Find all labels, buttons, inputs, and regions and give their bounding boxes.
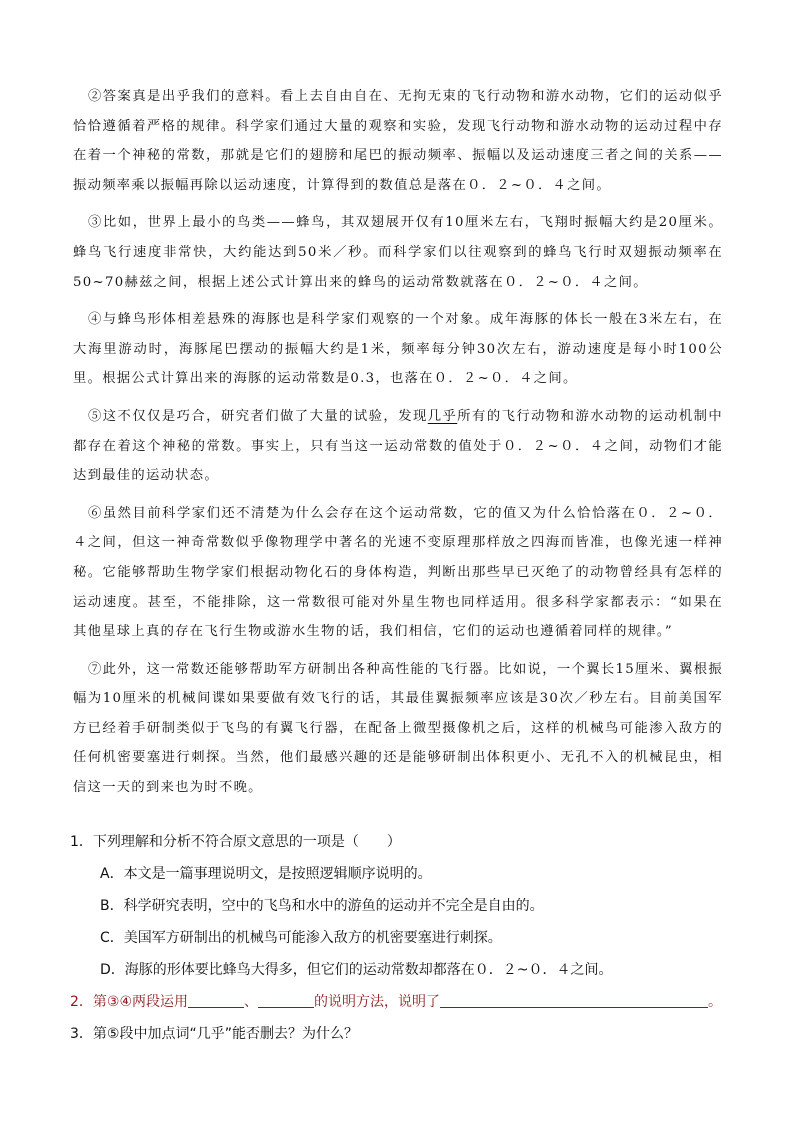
question-1-option-a: A．本文是一篇事理说明文，是按照逻辑顺序说明的。 bbox=[70, 858, 730, 890]
paragraph-6: ⑥虽然目前科学家们还不清楚为什么会存在这个运动常数，它的值又为什么恰恰落在０．２… bbox=[73, 499, 723, 647]
paragraph-text: 答案真是出乎我们的意料。看上去自由自在、无拘无束的飞行动物和游水动物，它们的运动… bbox=[73, 89, 723, 193]
paragraph-number: ③ bbox=[88, 215, 103, 230]
paragraph-5: ⑤这不仅仅是巧合，研究者们做了大量的试验，发现几乎所有的飞行动物和游水动物的运动… bbox=[73, 402, 723, 491]
question-1-stem: 1．下列理解和分析不符合原文意思的一项是（ ） bbox=[70, 826, 730, 858]
questions-section: 1．下列理解和分析不符合原文意思的一项是（ ） A．本文是一篇事理说明文，是按照… bbox=[70, 826, 730, 1050]
paragraph-text: 与蜂鸟形体相差悬殊的海豚也是科学家们观察的一个对象。成年海豚的体长一般在3米左右… bbox=[73, 312, 723, 386]
paragraph-number: ④ bbox=[88, 312, 103, 327]
paragraph-text: 比如，世界上最小的鸟类——蜂鸟，其双翅展开仅有10厘米左右，飞翔时振幅大约是20… bbox=[73, 215, 723, 289]
paragraph-7: ⑦此外，这一常数还能够帮助军方研制出各种高性能的飞行器。比如说，一个翼长15厘米… bbox=[73, 655, 723, 803]
question-2: 2．第③④两段运用、的说明方法，说明了。 bbox=[70, 986, 730, 1018]
answer-blank-2[interactable] bbox=[258, 991, 314, 1008]
paragraph-number: ⑤ bbox=[88, 409, 103, 424]
underlined-word: 几乎 bbox=[428, 409, 458, 424]
paragraph-number: ⑦ bbox=[88, 662, 103, 677]
paragraph-3: ③比如，世界上最小的鸟类——蜂鸟，其双翅展开仅有10厘米左右，飞翔时振幅大约是2… bbox=[73, 208, 723, 297]
question-1-option-d: D．海豚的形体要比蜂鸟大得多，但它们的运动常数却都落在０．２~０．４之间。 bbox=[70, 954, 730, 986]
separator: 、 bbox=[244, 994, 258, 1010]
paragraph-number: ② bbox=[88, 89, 103, 104]
question-1-option-b: B．科学研究表明，空中的飞鸟和水中的游鱼的运动并不完全是自由的。 bbox=[70, 890, 730, 922]
question-2-text: 2．第③④两段运用 bbox=[70, 994, 188, 1010]
paragraph-text: 虽然目前科学家们还不清楚为什么会存在这个运动常数，它的值又为什么恰恰落在０．２~… bbox=[73, 506, 723, 639]
question-2-text: 的说明方法，说明了 bbox=[314, 994, 440, 1010]
period: 。 bbox=[708, 994, 722, 1010]
answer-blank-1[interactable] bbox=[188, 991, 244, 1008]
paragraph-text: 此外，这一常数还能够帮助军方研制出各种高性能的飞行器。比如说，一个翼长15厘米、… bbox=[73, 662, 723, 795]
paragraph-number: ⑥ bbox=[88, 506, 103, 521]
document-page: ②答案真是出乎我们的意料。看上去自由自在、无拘无束的飞行动物和游水动物，它们的运… bbox=[0, 0, 794, 1123]
answer-blank-3[interactable] bbox=[440, 991, 708, 1008]
paragraph-2: ②答案真是出乎我们的意料。看上去自由自在、无拘无束的飞行动物和游水动物，它们的运… bbox=[73, 82, 723, 200]
paragraph-text: 这不仅仅是巧合，研究者们做了大量的试验，发现 bbox=[103, 409, 428, 424]
question-1-option-c: C．美国军方研制出的机械鸟可能渗入敌方的机密要塞进行刺探。 bbox=[70, 922, 730, 954]
reading-passage: ②答案真是出乎我们的意料。看上去自由自在、无拘无束的飞行动物和游水动物，它们的运… bbox=[73, 82, 723, 811]
question-3: 3．第⑤段中加点词“几乎”能否删去？为什么？ bbox=[70, 1018, 730, 1050]
paragraph-4: ④与蜂鸟形体相差悬殊的海豚也是科学家们观察的一个对象。成年海豚的体长一般在3米左… bbox=[73, 305, 723, 394]
